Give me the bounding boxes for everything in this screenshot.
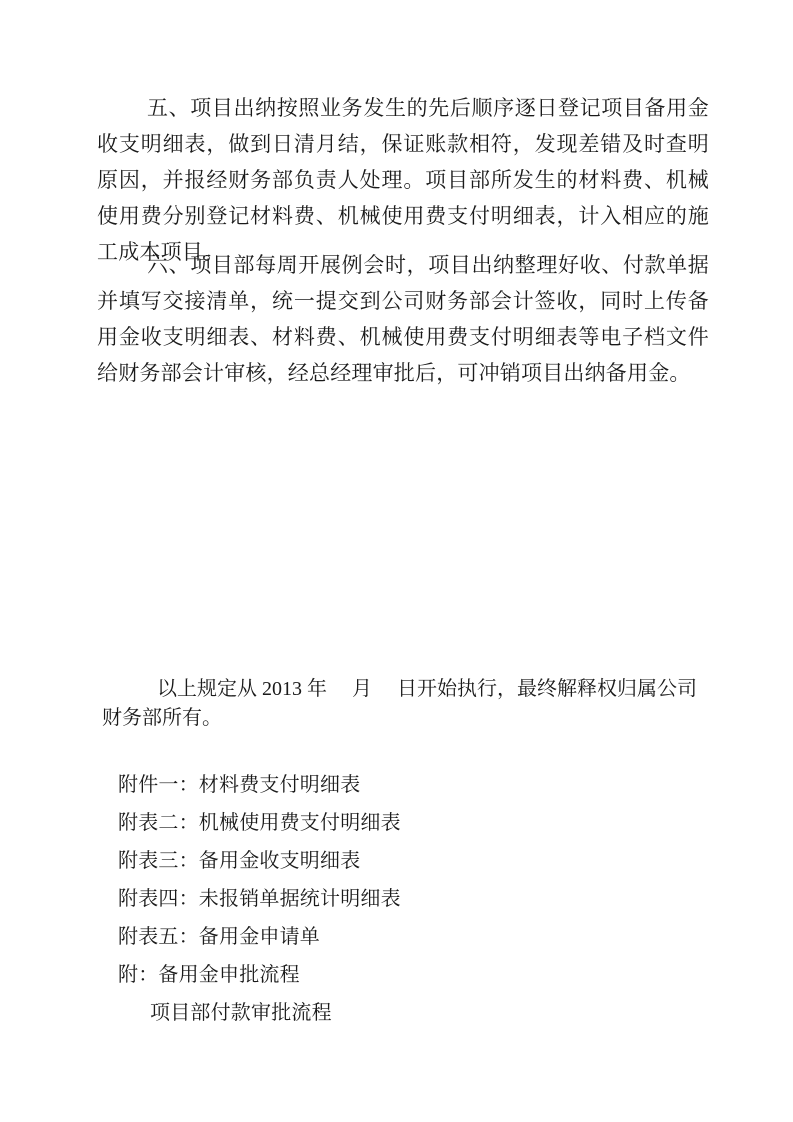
attachment-list: 附件一：材料费支付明细表 附表二：机械使用费支付明细表 附表三：备用金收支明细表…	[118, 766, 401, 1032]
attachment-item-4: 附表四：未报销单据统计明细表	[118, 880, 401, 918]
attachment-item-2: 附表二：机械使用费支付明细表	[118, 804, 401, 842]
paragraph-item-5: 五、项目出纳按照业务发生的先后顺序逐日登记项目备用金收支明细表，做到日清月结，保…	[97, 90, 709, 270]
attachment-note-continued: 项目部付款审批流程	[150, 994, 401, 1032]
effective-date-clause: 以上规定从 2013 年 月 日开始执行，最终解释权归属公司财务部所有。	[102, 675, 710, 733]
attachment-item-1: 附件一：材料费支付明细表	[118, 766, 401, 804]
attachment-item-5: 附表五：备用金申请单	[118, 918, 401, 956]
attachment-item-3: 附表三：备用金收支明细表	[118, 842, 401, 880]
paragraph-item-6: 六、项目部每周开展例会时，项目出纳整理好收、付款单据并填写交接清单，统一提交到公…	[97, 247, 709, 391]
attachment-note: 附：备用金申批流程	[118, 956, 401, 994]
document-page: 五、项目出纳按照业务发生的先后顺序逐日登记项目备用金收支明细表，做到日清月结，保…	[0, 0, 793, 1122]
